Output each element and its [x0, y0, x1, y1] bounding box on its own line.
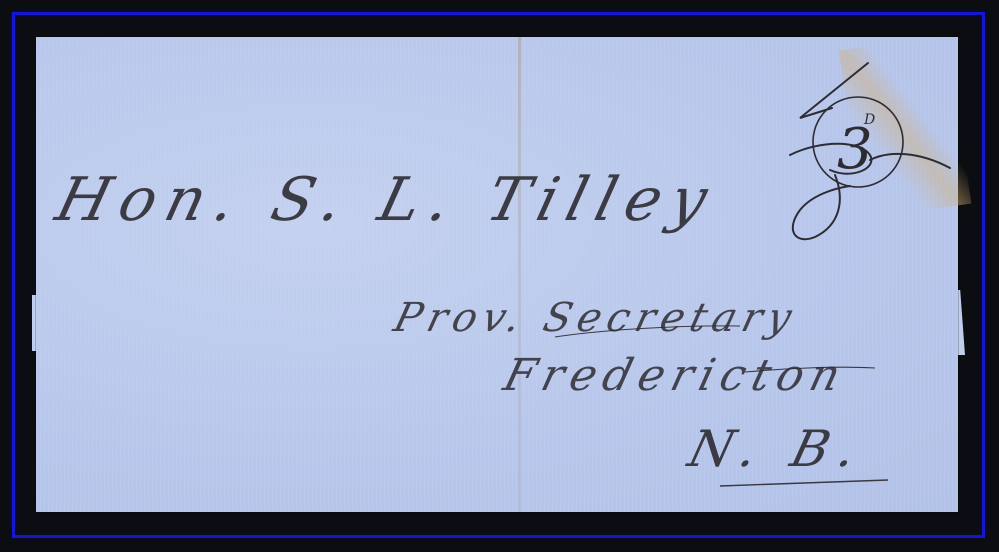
address-line-2: Prov. Secretary: [389, 295, 802, 341]
address-line-3: Fredericton: [499, 350, 853, 401]
rate-handstamp-suffix: D: [863, 112, 875, 128]
address-line-4: N. B.: [683, 420, 872, 478]
rate-handstamp: 3 D: [813, 97, 903, 187]
underline-flourish: [720, 480, 888, 486]
address-line-1: Hon. S. L. Tilley: [49, 165, 724, 235]
